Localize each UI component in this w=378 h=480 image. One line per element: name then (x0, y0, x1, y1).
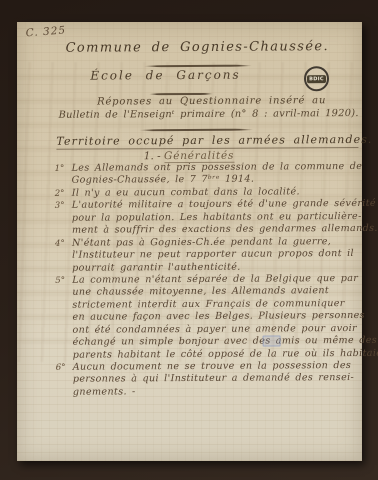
item-number: 5° (55, 276, 72, 286)
intro-line-2: Bulletin de l'Enseignᵗ primaire (n° 8 : … (16, 108, 361, 121)
line-text: pour la population. Les habitants ont eu… (72, 211, 362, 224)
line-text: Il n'y a eu aucun combat dans la localit… (72, 186, 300, 198)
line-text: l'Instituteur ne peut rapporter aucun pr… (72, 248, 354, 261)
line-text: pourrait garantir l'authenticité. (72, 261, 241, 273)
item-number: 1° (55, 164, 72, 174)
bdic-library-stamp: BDIC (304, 66, 329, 91)
scanned-manuscript-photo: C. 325 Commune de Gognies-Chaussée. Écol… (0, 0, 378, 480)
section-index: 1. - (144, 150, 161, 162)
manuscript-line: gnements. - (56, 385, 356, 399)
manuscript-page: C. 325 Commune de Gognies-Chaussée. Écol… (17, 22, 362, 461)
faint-blue-stamp (263, 335, 281, 346)
line-text: parents habitant le côté opposé de la ru… (73, 347, 378, 360)
line-text: une chaussée mitoyenne, les Allemands av… (72, 286, 329, 299)
bdic-stamp-label: BDIC (307, 75, 326, 83)
line-text: échangé un simple bonjour avec des amis … (73, 335, 377, 348)
line-text: L'autorité militaire a toujours été d'un… (72, 198, 376, 211)
archival-code: C. 325 (25, 24, 66, 39)
item-number: 2° (55, 189, 72, 199)
line-text: strictement interdit aux Français de com… (72, 298, 344, 311)
item-number: 3° (55, 201, 72, 211)
subtitle-underline (149, 93, 213, 95)
line-text: La commune n'étant séparée de la Belgiqu… (72, 273, 358, 286)
manuscript-body: 1°Les Allemands ont pris possession de l… (55, 161, 356, 399)
item-number: 6° (56, 363, 73, 373)
intro-line-1: Réponses au Questionnaire inséré au (16, 95, 361, 108)
line-text: Gognies-Chaussée, le 7 7ᵇʳᵉ 1914. (72, 174, 255, 186)
section-divider (139, 129, 253, 132)
line-text: Aucun document ne se trouve en la posses… (73, 360, 351, 373)
line-text: Les Allemands ont pris possession de la … (72, 161, 363, 174)
line-text: ment à souffrir des exactions des gendar… (72, 223, 378, 236)
line-text: gnements. - (73, 386, 136, 397)
section-heading: Territoire occupé par les armées alleman… (56, 133, 358, 150)
item-number: 4° (55, 238, 72, 248)
line-text: ont été condamnées à payer une amende po… (73, 323, 357, 336)
line-text: N'étant pas à Gognies-Ch.ée pendant la g… (72, 236, 331, 249)
line-text: personnes à qui l'Instituteur a demandé … (73, 372, 354, 385)
page-title: Commune de Gognies-Chaussée. (16, 39, 361, 56)
manuscript-content: C. 325 Commune de Gognies-Chaussée. Écol… (16, 21, 364, 462)
line-text: en aucune façon avec les Belges. Plusieu… (72, 310, 365, 323)
